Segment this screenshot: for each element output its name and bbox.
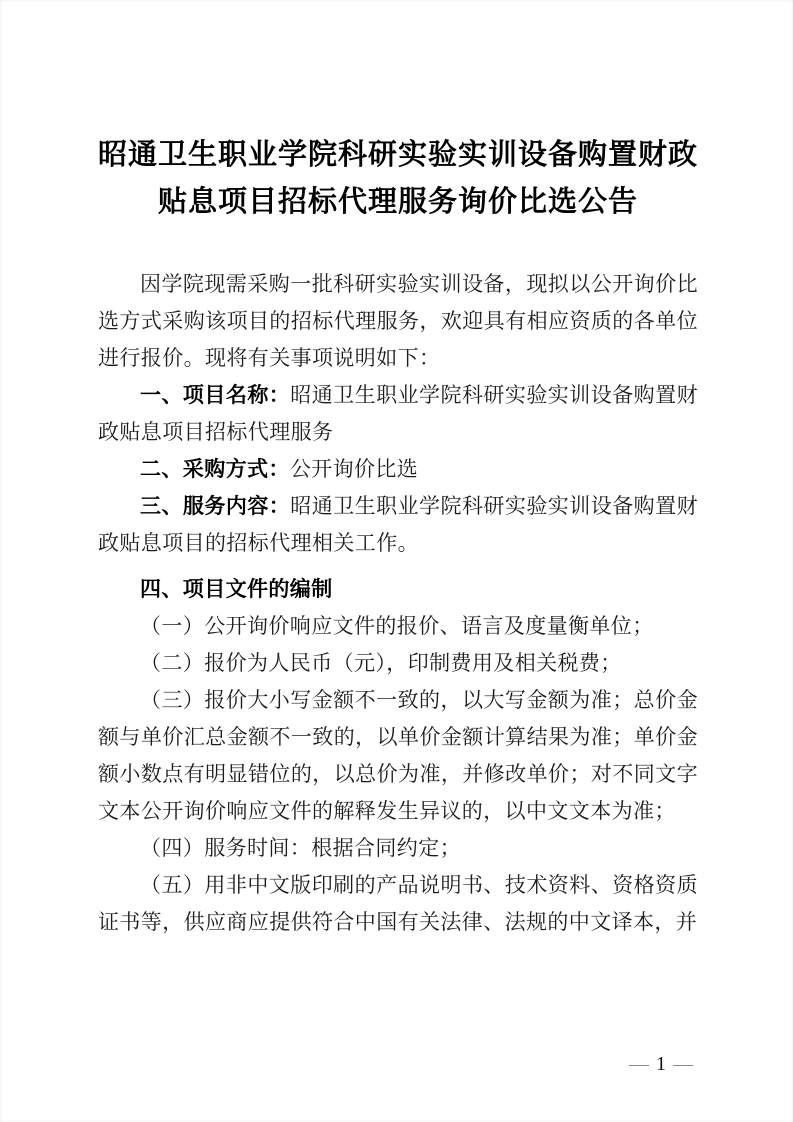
title-line-2: 贴息项目招标代理服务询价比选公告 — [98, 179, 698, 226]
heading-project-documents: 四、项目文件的编制 — [98, 571, 698, 608]
item-procurement-method: 二、采购方式：公开询价比选 — [98, 451, 698, 488]
clause-5-text: （五）用非中文版印刷的产品说明书、技术资料、资格资质证书等，供应商应提供符合中国… — [98, 873, 698, 934]
intro-paragraph: 因学院现需采购一批科研实验实训设备，现拟以公开询价比选方式采购该项目的招标代理服… — [98, 266, 698, 377]
clause-5: （五）用非中文版印刷的产品说明书、技术资料、资格资质证书等，供应商应提供符合中国… — [98, 867, 698, 941]
clause-2-text: （二）报价为人民币（元），印制费用及相关税费； — [140, 651, 622, 675]
item-service-content: 三、服务内容：昭通卫生职业学院科研实验实训设备购置财政贴息项目的招标代理相关工作… — [98, 488, 698, 562]
item-project-name-label: 一、项目名称： — [140, 384, 290, 407]
document-body: 因学院现需采购一批科研实验实训设备，现拟以公开询价比选方式采购该项目的招标代理服… — [98, 266, 698, 941]
item-project-name: 一、项目名称：昭通卫生职业学院科研实验实训设备购置财政贴息项目招标代理服务 — [98, 377, 698, 451]
clause-3-text: （三）报价大小写金额不一致的，以大写金额为准；总价金额与单价汇总金额不一致的，以… — [98, 688, 698, 823]
item-procurement-method-text: 公开询价比选 — [290, 457, 418, 481]
item-service-content-label: 三、服务内容： — [140, 495, 290, 518]
page-number: 1 — [656, 1053, 666, 1075]
item-procurement-method-label: 二、采购方式： — [140, 458, 290, 481]
clause-4: （四）服务时间：根据合同约定； — [98, 830, 698, 867]
clause-3: （三）报价大小写金额不一致的，以大写金额为准；总价金额与单价汇总金额不一致的，以… — [98, 682, 698, 830]
document-title: 昭通卫生职业学院科研实验实训设备购置财政 贴息项目招标代理服务询价比选公告 — [98, 132, 698, 226]
clause-1-text: （一）公开询价响应文件的报价、语言及度量衡单位； — [140, 614, 654, 638]
clause-2: （二）报价为人民币（元），印制费用及相关税费； — [98, 645, 698, 682]
footer-dash-left: — — [629, 1053, 649, 1075]
footer-dash-right: — — [673, 1053, 693, 1075]
document-page: 昭通卫生职业学院科研实验实训设备购置财政 贴息项目招标代理服务询价比选公告 因学… — [0, 0, 793, 1122]
heading-project-documents-label: 四、项目文件的编制 — [140, 578, 333, 601]
intro-paragraph-text: 因学院现需采购一批科研实验实训设备，现拟以公开询价比选方式采购该项目的招标代理服… — [98, 272, 698, 370]
title-line-1: 昭通卫生职业学院科研实验实训设备购置财政 — [98, 132, 698, 179]
page-footer: —1— — [629, 1052, 693, 1076]
clause-4-text: （四）服务时间：根据合同约定； — [140, 836, 461, 860]
clause-1: （一）公开询价响应文件的报价、语言及度量衡单位； — [98, 608, 698, 645]
